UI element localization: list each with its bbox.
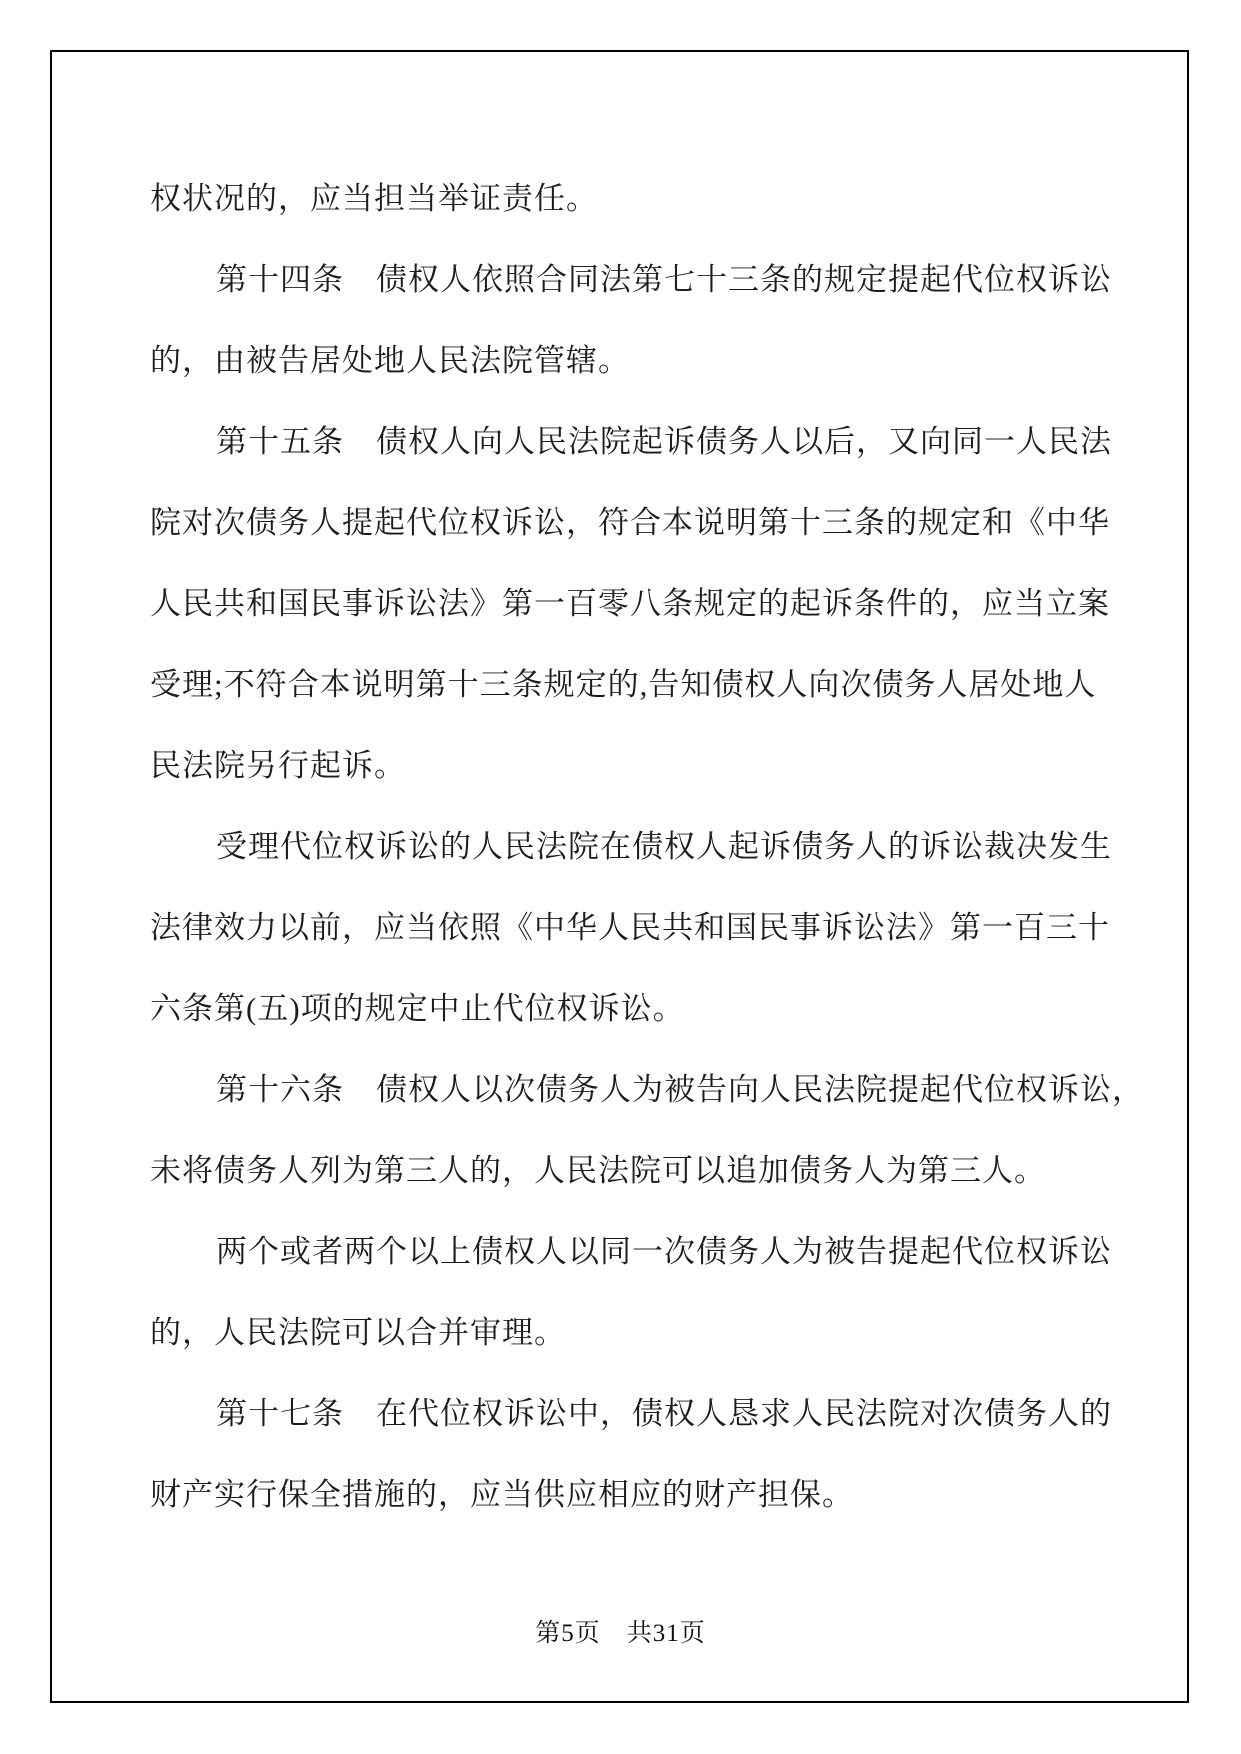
text-line: 的，人民法院可以合并审理。 — [150, 1292, 1098, 1373]
text-line: 受理;不符合本说明第十三条规定的,告知债权人向次债务人居处地人 — [150, 644, 1098, 725]
text-line: 未将债务人列为第三人的，人民法院可以追加债务人为第三人。 — [150, 1130, 1098, 1211]
text-line: 第十七条 在代位权诉讼中，债权人恳求人民法院对次债务人的 — [150, 1373, 1098, 1454]
text-line: 财产实行保全措施的，应当供应相应的财产担保。 — [150, 1454, 1098, 1535]
text-line: 第十四条 债权人依照合同法第七十三条的规定提起代位权诉讼 — [150, 239, 1098, 320]
document-body: 权状况的，应当担当举证责任。 第十四条 债权人依照合同法第七十三条的规定提起代位… — [150, 158, 1098, 1535]
text-line: 受理代位权诉讼的人民法院在债权人起诉债务人的诉讼裁决发生 — [150, 806, 1098, 887]
text-line: 的，由被告居处地人民法院管辖。 — [150, 320, 1098, 401]
text-line: 民法院另行起诉。 — [150, 725, 1098, 806]
text-line: 法律效力以前，应当依照《中华人民共和国民事诉讼法》第一百三十 — [150, 887, 1098, 968]
text-line: 六条第(五)项的规定中止代位权诉讼。 — [150, 968, 1098, 1049]
text-line: 人民共和国民事诉讼法》第一百零八条规定的起诉条件的，应当立案 — [150, 563, 1098, 644]
page-number: 第5页 — [535, 1613, 601, 1649]
page-footer: 第5页共31页 — [0, 1613, 1241, 1649]
text-line: 第十五条 债权人向人民法院起诉债务人以后，又向同一人民法 — [150, 401, 1098, 482]
text-line: 两个或者两个以上债权人以同一次债务人为被告提起代位权诉讼 — [150, 1211, 1098, 1292]
document-page: 权状况的，应当担当举证责任。 第十四条 债权人依照合同法第七十三条的规定提起代位… — [0, 0, 1241, 1754]
text-line: 第十六条 债权人以次债务人为被告向人民法院提起代位权诉讼， — [150, 1049, 1098, 1130]
total-pages: 共31页 — [627, 1613, 706, 1649]
text-line: 院对次债务人提起代位权诉讼，符合本说明第十三条的规定和《中华 — [150, 482, 1098, 563]
text-line: 权状况的，应当担当举证责任。 — [150, 158, 1098, 239]
